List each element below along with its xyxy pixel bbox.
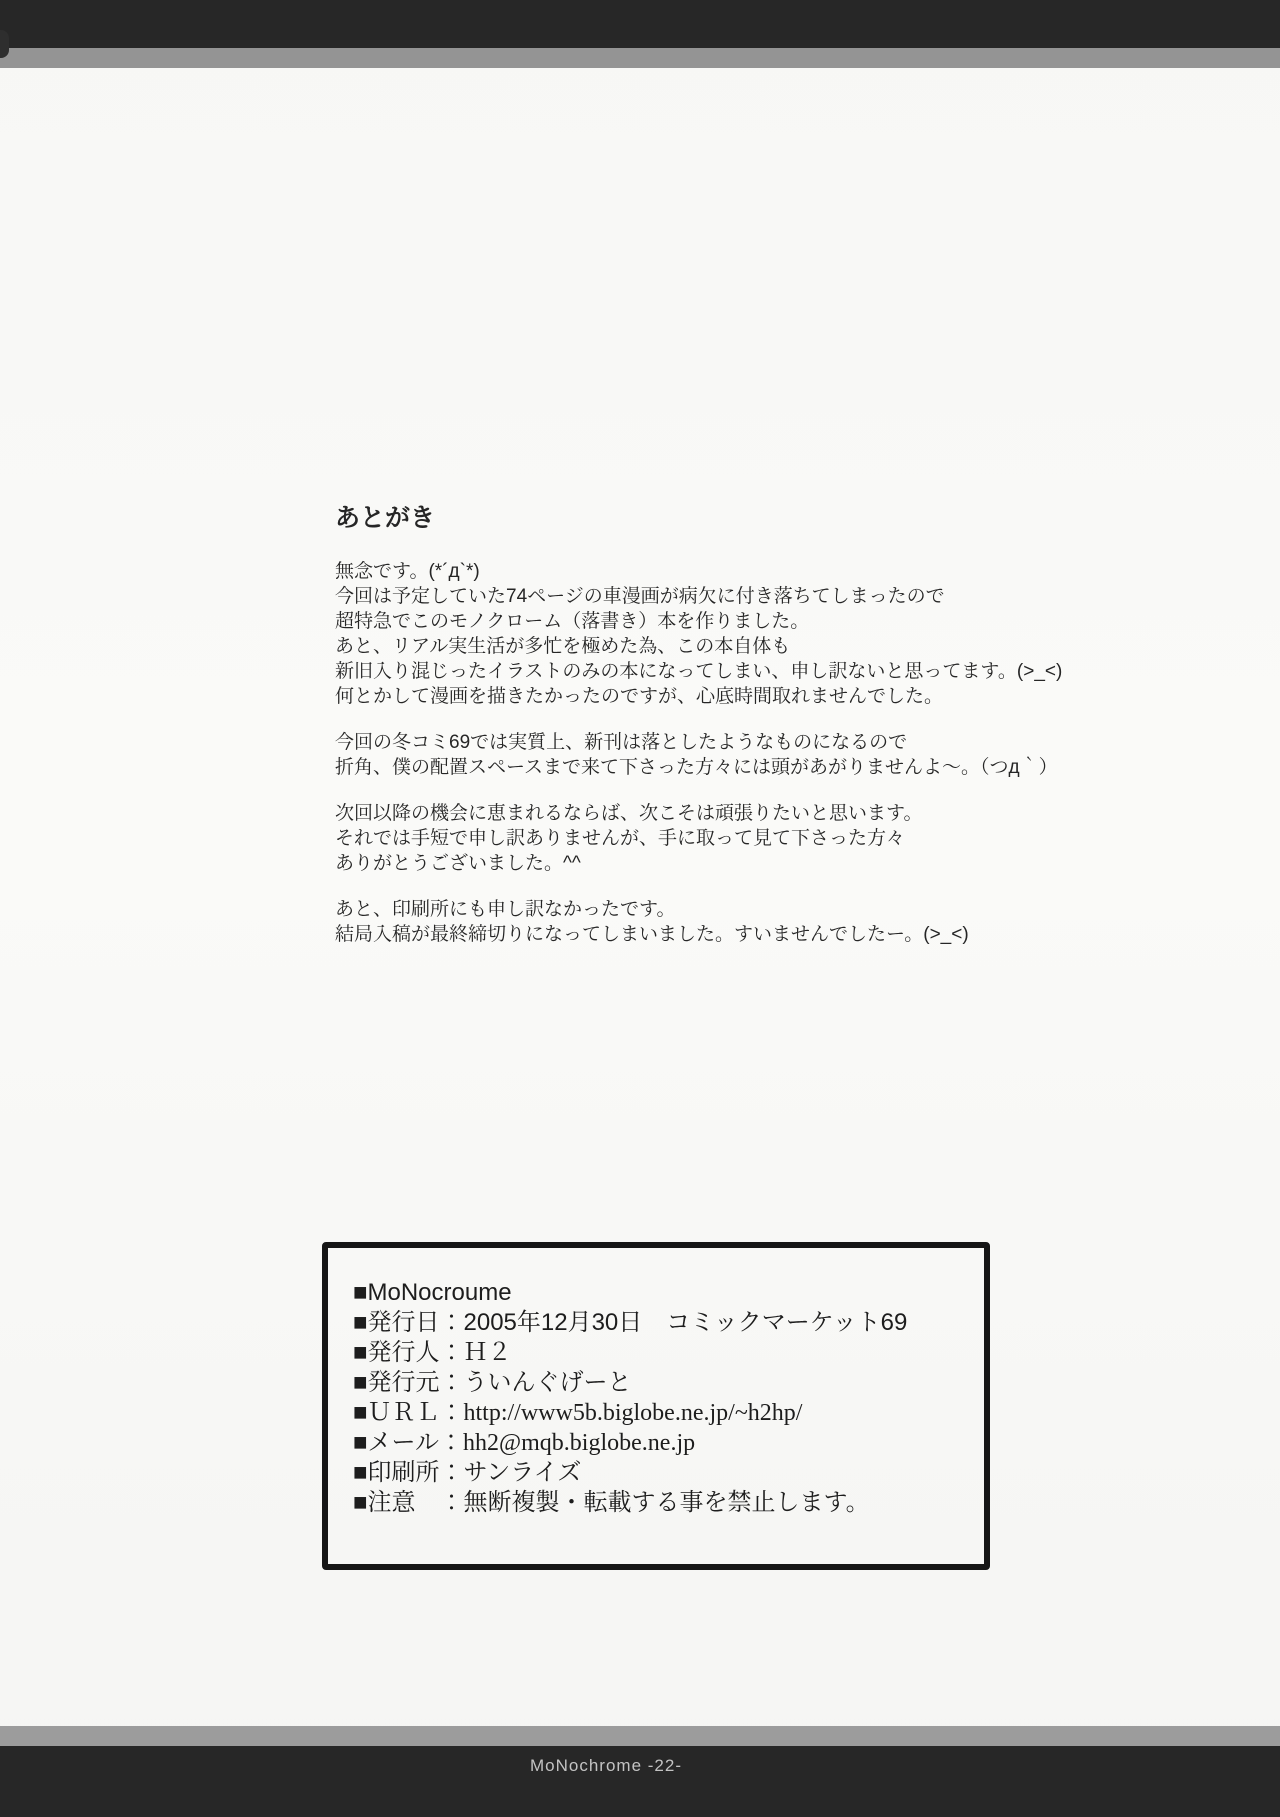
colophon-label: ■注意 ： <box>353 1489 464 1516</box>
colophon-label: ■ＵＲＬ： <box>353 1399 464 1426</box>
top-binding-bar <box>0 0 1280 48</box>
colophon-row-hakkounin: ■発行人：Ｈ２ <box>353 1338 974 1368</box>
footer-page-label: MoNochrome -22- <box>530 1756 682 1776</box>
colophon-value: Ｈ２ <box>464 1339 512 1366</box>
colophon-mail-value: hh2@mqb.biglobe.ne.jp <box>463 1430 695 1456</box>
colophon-row-hakkoumoto: ■発行元：ういんぐげーと <box>353 1368 974 1398</box>
colophon-title: ■MoNocroume <box>353 1278 974 1308</box>
colophon-label: ■印刷所： <box>353 1459 464 1486</box>
afterword-section: あとがき 無念です。(*´д`*) 今回は予定していた74ページの車漫画が病欠に… <box>335 505 1062 968</box>
afterword-line: 結局入稿が最終締切りになってしまいました。すいませんでしたー。(>_<) <box>335 922 1062 947</box>
afterword-line: 今回の冬コミ69では実質上、新刊は落としたようなものになるので <box>335 730 1062 755</box>
afterword-line: 折角、僕の配置スペースまで来て下さった方々には頭があがりませんよ～。（つд｀） <box>335 755 1062 780</box>
top-shadow-strip <box>0 48 1280 68</box>
afterword-line: 次回以降の機会に恵まれるならば、次こそは頑張りたいと思います。 <box>335 801 1062 826</box>
afterword-paragraph: 今回の冬コミ69では実質上、新刊は落としたようなものになるので 折角、僕の配置ス… <box>335 730 1062 780</box>
colophon-row-url: ■ＵＲＬ：http://www5b.biglobe.ne.jp/~h2hp/ <box>353 1398 974 1428</box>
colophon-label: ■発行元： <box>353 1369 464 1396</box>
afterword-paragraph: 次回以降の機会に恵まれるならば、次こそは頑張りたいと思います。 それでは手短で申… <box>335 801 1062 876</box>
colophon-row-mail: ■メール：hh2@mqb.biglobe.ne.jp <box>353 1428 974 1458</box>
colophon-label: ■発行人： <box>353 1339 464 1366</box>
bottom-shadow-strip <box>0 1726 1280 1746</box>
afterword-line: それでは手短で申し訳ありませんが、手に取って見て下さった方々 <box>335 826 1062 851</box>
afterword-line: あと、印刷所にも申し訳なかったです。 <box>335 897 1062 922</box>
afterword-line: 新旧入り混じったイラストのみの本になってしまい、申し訳ないと思ってます。(>_<… <box>335 659 1062 684</box>
afterword-line: 超特急でこのモノクローム（落書き）本を作りました。 <box>335 609 1062 634</box>
afterword-paragraph: あと、印刷所にも申し訳なかったです。 結局入稿が最終締切りになってしまいました。… <box>335 897 1062 947</box>
afterword-line: 今回は予定していた74ページの車漫画が病欠に付き落ちてしまったので <box>335 584 1062 609</box>
scan-artifact-blob <box>0 30 9 58</box>
colophon-value: ういんぐげーと <box>464 1369 632 1396</box>
colophon-row-insatsujo: ■印刷所：サンライズ <box>353 1458 974 1488</box>
colophon-row-hakkoubi: ■発行日：2005年12月30日 コミックマーケット69 <box>353 1308 974 1338</box>
colophon-value: 無断複製・転載する事を禁止します。 <box>464 1489 870 1516</box>
colophon-value: サンライズ <box>464 1459 582 1486</box>
scanned-page: あとがき 無念です。(*´д`*) 今回は予定していた74ページの車漫画が病欠に… <box>0 0 1280 1817</box>
afterword-line: あと、リアル実生活が多忙を極めた為、この本自体も <box>335 634 1062 659</box>
afterword-heading: あとがき <box>335 505 1062 531</box>
colophon-label: ■メール： <box>353 1429 463 1456</box>
colophon-url-value: http://www5b.biglobe.ne.jp/~h2hp/ <box>464 1400 803 1426</box>
afterword-paragraph: 無念です。(*´д`*) 今回は予定していた74ページの車漫画が病欠に付き落ちて… <box>335 559 1062 709</box>
colophon-box: ■MoNocroume ■発行日：2005年12月30日 コミックマーケット69… <box>322 1242 990 1570</box>
afterword-line: 何とかして漫画を描きたかったのですが、心底時間取れませんでした。 <box>335 684 1062 709</box>
afterword-line: ありがとうございました。^^ <box>335 851 1062 876</box>
colophon-label: ■発行日： <box>353 1309 464 1336</box>
afterword-line: 無念です。(*´д`*) <box>335 559 1062 584</box>
colophon-value: 2005年12月30日 コミックマーケット69 <box>464 1309 908 1336</box>
colophon-row-chuui: ■注意 ：無断複製・転載する事を禁止します。 <box>353 1488 974 1518</box>
bottom-binding-bar: MoNochrome -22- <box>0 1746 1280 1817</box>
